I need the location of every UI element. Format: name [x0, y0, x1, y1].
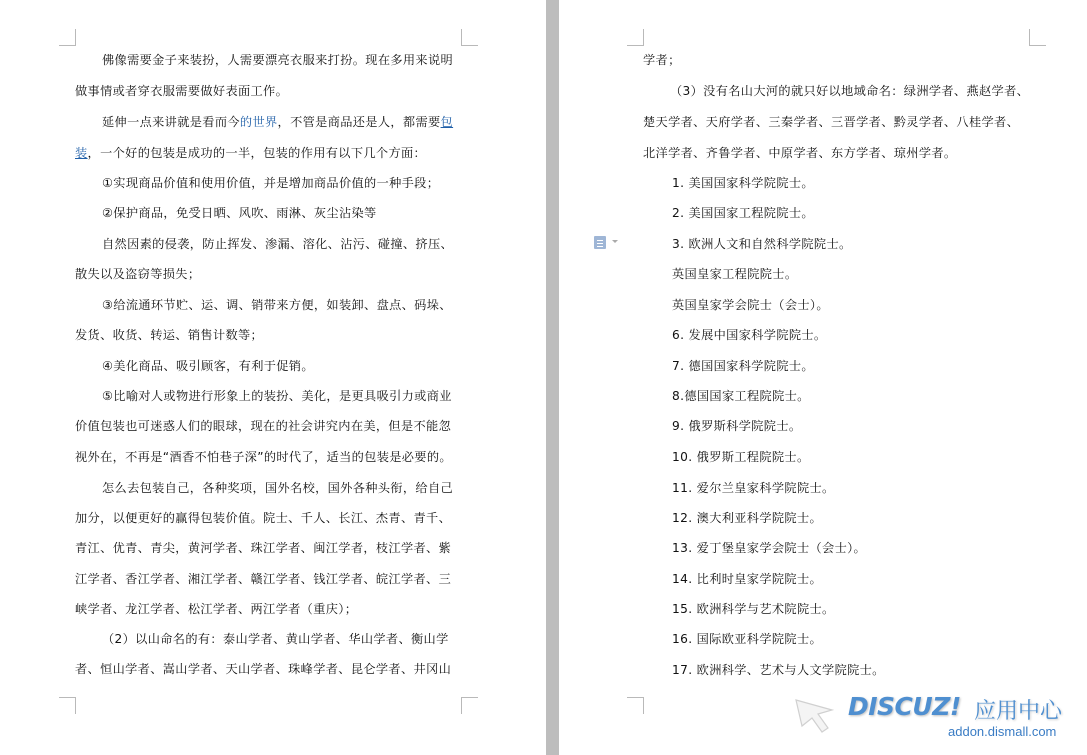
paragraph-line: ④美化商品、吸引顾客，有利于促销。 — [102, 358, 314, 374]
cursor-arrow-icon — [794, 696, 834, 734]
hyperlink-world[interactable]: 的世界 — [240, 115, 278, 129]
paragraph-line: 散失以及盗窃等损失； — [75, 266, 200, 282]
list-item: 15. 欧洲科学与艺术院院士。 — [672, 601, 835, 617]
paragraph-line: ②保护商品，免受日晒、风吹、雨淋、灰尘沾染等 — [102, 205, 377, 221]
hyperlink-packaging[interactable]: 包 — [441, 115, 454, 129]
watermark-brand-cn: 应用中心 — [974, 694, 1062, 725]
paragraph-line: 者、恒山学者、嵩山学者、天山学者、珠峰学者、昆仑学者、井冈山 — [75, 661, 451, 677]
hyperlink-packaging-cont[interactable]: 装 — [75, 146, 88, 160]
paragraph-line: （2）以山命名的有：泰山学者、黄山学者、华山学者、衡山学 — [102, 631, 449, 647]
crop-mark-bottom-left — [627, 697, 644, 714]
list-item: 英国皇家工程院院士。 — [672, 266, 797, 282]
list-item: 13. 爱丁堡皇家学会院士（会士）。 — [672, 540, 866, 556]
text-span: 延伸一点来讲就是看而今 — [102, 115, 240, 129]
list-item: 16. 国际欧亚科学院院士。 — [672, 631, 822, 647]
list-item: 英国皇家学会院士（会士）。 — [672, 297, 829, 313]
paragraph-line: 价值包装也可迷惑人们的眼球，现在的社会讲究内在美，但是不能忽 — [75, 418, 451, 434]
paragraph-line: ①实现商品价值和使用价值，并是增加商品价值的一种手段； — [102, 175, 439, 191]
paragraph-line: 峡学者、龙江学者、松江学者、两江学者（重庆）； — [75, 601, 357, 617]
paragraph-line: 青江、优青、青尖，黄河学者、珠江学者、闽江学者，枝江学者、紫 — [75, 540, 451, 556]
watermark-logo: DISCUZ! 应用中心 addon.dismall.com — [790, 688, 1087, 755]
text-span: ，一个好的包装是成功的一半，包装的作用有以下几个方面： — [88, 146, 427, 160]
crop-mark-top-right — [461, 29, 478, 46]
list-item: 7. 德国国家科学院院士。 — [672, 358, 814, 374]
paragraph-line: 佛像需要金子来装扮，人需要漂亮衣服来打扮。现在多用来说明 — [102, 52, 453, 68]
paragraph-line: 北洋学者、齐鲁学者、中原学者、东方学者、琼州学者。 — [643, 145, 956, 161]
list-item: 1. 美国国家科学院院士。 — [672, 175, 814, 191]
paragraph-line: 自然因素的侵袭，防止挥发、渗漏、溶化、沾污、碰撞、挤压、 — [102, 236, 453, 252]
paragraph-line: ⑤比喻对人或物进行形象上的装扮、美化，是更具吸引力或商业 — [102, 388, 452, 404]
list-item: 3. 欧洲人文和自然科学院院士。 — [672, 236, 852, 252]
list-item: 2. 美国国家工程院院士。 — [672, 205, 814, 221]
text-span: ，不管是商品还是人，都需要 — [278, 115, 441, 129]
paragraph-line: 延伸一点来讲就是看而今的世界，不管是商品还是人，都需要包 — [102, 114, 453, 130]
paragraph-line: 江学者、香江学者、湘江学者、赣江学者、钱江学者、皖江学者、三 — [75, 571, 451, 587]
page-gap-divider — [546, 0, 559, 755]
paste-options-icon[interactable] — [594, 236, 606, 249]
list-item: 12. 澳大利亚科学院院士。 — [672, 510, 822, 526]
list-item: 6. 发展中国家科学院院士。 — [672, 327, 826, 343]
crop-mark-top-left — [59, 29, 76, 46]
watermark-brand: DISCUZ! — [848, 692, 961, 721]
list-item: 17. 欧洲科学、艺术与人文学院院士。 — [672, 662, 885, 678]
crop-mark-bottom-right — [461, 697, 478, 714]
crop-mark-bottom-left — [59, 697, 76, 714]
paragraph-line: 学者； — [643, 52, 681, 68]
list-item: 8.德国国家工程院院士。 — [672, 388, 810, 404]
watermark-url: addon.dismall.com — [948, 724, 1056, 739]
paragraph-line: 做事情或者穿衣服需要做好表面工作。 — [75, 83, 288, 99]
paragraph-line: 发货、收货、转运、销售计数等； — [75, 327, 263, 343]
paragraph-line: 视外在，不再是“酒香不怕巷子深”的时代了，适当的包装是必要的。 — [75, 449, 452, 465]
crop-mark-top-left — [627, 29, 644, 46]
list-item: 10. 俄罗斯工程院院士。 — [672, 449, 810, 465]
paragraph-line: 装，一个好的包装是成功的一半，包装的作用有以下几个方面： — [75, 145, 426, 161]
list-item: 11. 爱尔兰皇家科学院院士。 — [672, 480, 835, 496]
list-item: 14. 比利时皇家学院院士。 — [672, 571, 822, 587]
list-item: 9. 俄罗斯科学院院士。 — [672, 418, 801, 434]
paragraph-line: 怎么去包装自己，各种奖项，国外名校，国外各种头衔，给自己 — [102, 480, 453, 496]
paragraph-line: ③给流通环节贮、运、调、销带来方便，如装卸、盘点、码垛、 — [102, 297, 452, 313]
paragraph-line: 楚天学者、天府学者、三秦学者、三晋学者、黔灵学者、八桂学者、 — [643, 114, 1019, 130]
document-page-left: 佛像需要金子来装扮，人需要漂亮衣服来打扮。现在多用来说明 做事情或者穿衣服需要做… — [0, 0, 546, 755]
paragraph-line: 加分，以便更好的赢得包装价值。院士、千人、长江、杰青、青千、 — [75, 510, 451, 526]
paragraph-line: （3）没有名山大河的就只好以地域命名：绿洲学者、燕赵学者、 — [670, 83, 1029, 99]
crop-mark-top-right — [1029, 29, 1046, 46]
paste-options-dropdown-icon[interactable] — [612, 240, 618, 243]
